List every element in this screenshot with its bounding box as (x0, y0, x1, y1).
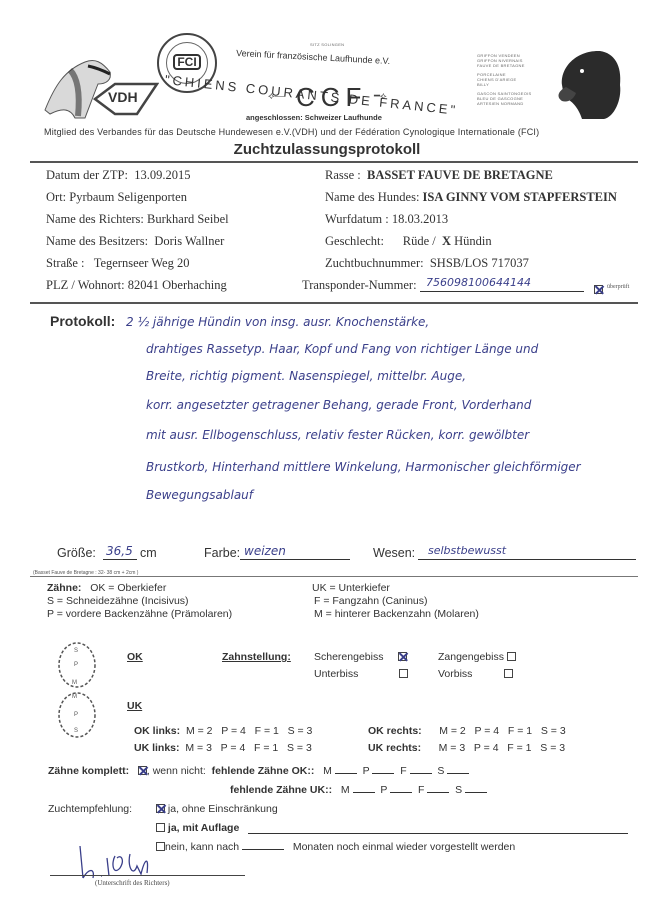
transponder-number[interactable]: 756098100644144 (426, 276, 531, 289)
club-name: Verein für französische Laufhunde e.V. (236, 48, 391, 66)
lower-jaw-label: UK (127, 700, 142, 713)
teeth-complete-row: Zähne komplett: , wenn nicht: fehlende Z… (48, 765, 469, 778)
recommend-conditional-checkbox[interactable] (156, 823, 165, 832)
svg-text:P: P (74, 662, 78, 668)
affiliation: angeschlossen: Schweizer Laufhunde (246, 113, 382, 122)
dog-name: Name des Hundes: ISA GINNY VOM STAPFERST… (325, 190, 617, 205)
ztp-date: Datum der ZTP: 13.09.2015 (46, 168, 190, 183)
location: Ort: Pyrbaum Seligenporten (46, 190, 187, 205)
judge-name: Name des Richters: Burkhard Seibel (46, 212, 229, 227)
svg-text:P: P (74, 712, 78, 718)
verified-checkbox[interactable] (594, 285, 603, 294)
hound-dog-head-icon (552, 45, 632, 120)
vdh-label: VDH (108, 89, 138, 105)
teeth-complete-checkbox[interactable] (138, 766, 147, 775)
bite-option-scissor[interactable]: Scherengebiss (314, 651, 407, 664)
count-uk-left: UK links: M = 3 P = 4 F = 1 S = 3 (134, 742, 312, 755)
bite-label: Zahnstellung: (222, 651, 291, 664)
ccf-title: CCF (296, 82, 367, 113)
temperament-label: Wesen: (373, 546, 415, 560)
recommend-no[interactable]: nein, kann nach Monaten noch einmal wied… (156, 841, 515, 854)
missing-uk-row: fehlende Zähne UK:: M P F S (230, 784, 487, 797)
dog-info: Rasse : BASSET FAUVE DE BRETAGNE Name de… (0, 0, 654, 18)
sex: Geschlecht: Rüde / X Hündin (325, 234, 492, 249)
temperament-value[interactable]: selbstbewusst (428, 544, 506, 557)
judge-signature (75, 838, 165, 883)
recommend-yes[interactable]: ja, ohne Einschränkung (156, 803, 278, 816)
size-value[interactable]: 36,5 (106, 544, 133, 558)
svg-text:M: M (72, 680, 77, 686)
underbite-checkbox[interactable] (399, 669, 408, 678)
svg-text:M: M (72, 694, 77, 700)
overbite-checkbox[interactable] (504, 669, 513, 678)
teeth-legend-left: Zähne: OK = Oberkiefer S = Schneidezähne… (47, 582, 232, 621)
recommend-conditional[interactable]: ja, mit Auflage (156, 822, 239, 835)
recommend-yes-checkbox[interactable] (156, 804, 165, 813)
bite-option-overbite[interactable]: Vorbiss (438, 668, 513, 681)
owner-name: Name des Besitzers: Doris Wallner (46, 234, 224, 249)
svg-text:S: S (74, 648, 78, 654)
size-label: Größe: (57, 546, 96, 560)
breed-list: GRIFFON VENDEEN GRIFFON NIVERNAIS FAUVE … (477, 53, 532, 106)
transponder-label: Transponder-Nummer: (302, 278, 417, 293)
studbook-number: Zuchtbuchnummer: SHSB/LOS 717037 (325, 256, 529, 271)
bite-option-level[interactable]: Zangengebiss (438, 651, 516, 664)
recommendation-label: Zuchtempfehlung: (48, 803, 132, 816)
street: Straße : Tegernseer Weg 20 (46, 256, 189, 271)
count-ok-left: OK links: M = 2 P = 4 F = 1 S = 3 (134, 725, 312, 738)
count-uk-right: UK rechts: M = 3 P = 4 F = 1 S = 3 (368, 742, 565, 755)
color-value[interactable]: weizen (244, 544, 286, 558)
upper-jaw-label: OK (127, 651, 143, 664)
membership-line: Mitglied des Verbandes für das Deutsche … (44, 127, 539, 137)
protocol-label: Protokoll: (50, 313, 115, 329)
breed: Rasse : BASSET FAUVE DE BRETAGNE (325, 168, 553, 183)
club-seat: SITZ SOLINGEN (310, 42, 344, 47)
dental-chart-icon: S P M M P S (52, 640, 102, 740)
page-title: Zuchtzulassungsprotokoll (0, 141, 654, 158)
scissor-bite-checkbox[interactable] (398, 652, 407, 661)
signature-label: (Unterschrift des Richters) (95, 879, 170, 887)
svg-text:S: S (74, 728, 78, 734)
divider (30, 302, 638, 304)
teeth-legend-right: UK = Unterkiefer F = Fangzahn (Caninus) … (312, 582, 479, 621)
verified-label: überprüft (607, 284, 629, 290)
level-bite-checkbox[interactable] (507, 652, 516, 661)
birth-date: Wurfdatum : 18.03.2013 (325, 212, 448, 227)
count-ok-right: OK rechts: M = 2 P = 4 F = 1 S = 3 (368, 725, 566, 738)
color-label: Farbe: (204, 546, 240, 560)
divider (30, 161, 638, 163)
bite-option-underbite[interactable]: Unterbiss (314, 668, 408, 681)
city: PLZ / Wohnort: 82041 Oberhaching (46, 278, 227, 293)
